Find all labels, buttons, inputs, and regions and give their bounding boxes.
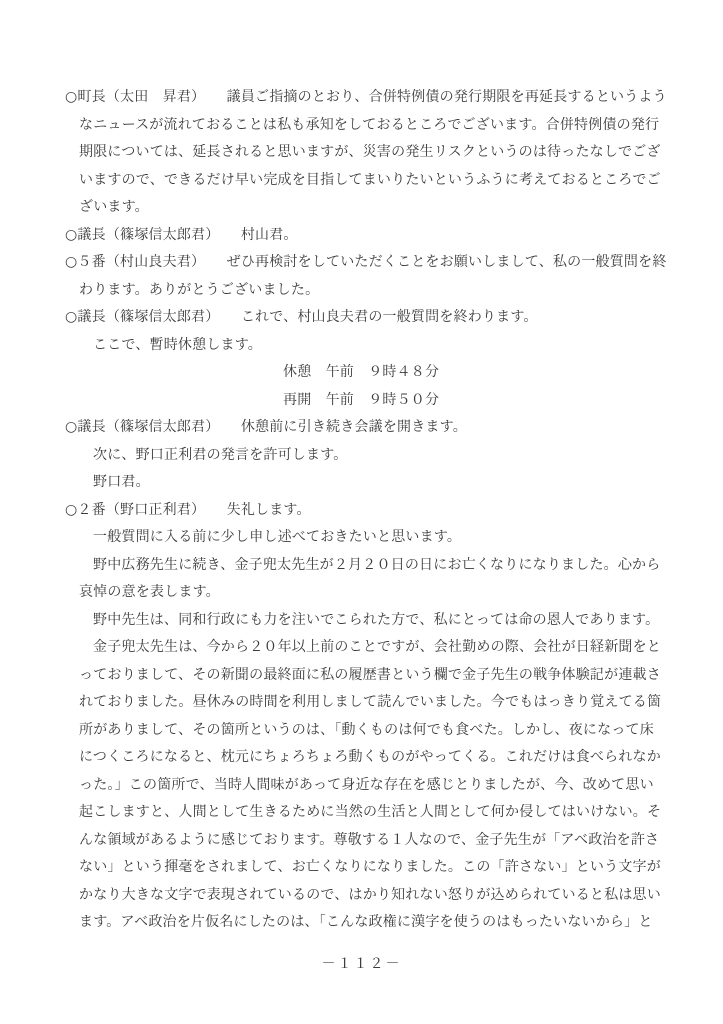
text-line: かなり大きな文字で表現されているので、はかり知れない怒りが込められていると私は思…	[79, 882, 665, 910]
text-line: 一般質問に入る前に少し申し述べておきたいと思います。	[93, 524, 665, 552]
text-line: いますので、できるだけ早い完成を目指してまいりたいというふうに考えておるところで…	[79, 167, 665, 195]
text-line: ○議長（篠塚信太郎君） 村山君。	[65, 222, 665, 250]
text-line: ざいます。	[79, 194, 665, 222]
text-line: 期限については、延長されると思いますが、災害の発生リスクというのは待ったなしでご…	[79, 139, 665, 167]
minutes-text-block: ○町長（太田 昇君） 議員ご指摘のとおり、合併特例債の発行期限を再延長するという…	[65, 84, 665, 937]
text-line: ない」という揮毫をされまして、お亡くなりになりました。この「許さない」という文字…	[79, 854, 665, 882]
text-line: につくころになると、枕元にちょろちょろ動くものがやってくる。これだけは食べられな…	[79, 744, 665, 772]
text-line: ○町長（太田 昇君） 議員ご指摘のとおり、合併特例債の発行期限を再延長するという…	[65, 84, 665, 112]
text-line: った。」この箇所で、当時人間味があって身近な存在を感じとりましたが、今、改めて思…	[79, 772, 665, 800]
text-line: 野中先生は、同和行政にも力を注いでこられた方で、私にとっては命の恩人であります。	[93, 607, 665, 635]
text-line: んな領域があるように感じております。尊敬する１人なので、金子先生が「アベ政治を許…	[79, 827, 665, 855]
text-line: 金子兜太先生は、今から２０年以上前のことですが、会社勤めの際、会社が日経新聞をと	[93, 634, 665, 662]
text-line: 所がありまして、その箇所というのは、「動くものは何でも食べた。しかし、夜になって…	[79, 717, 665, 745]
resume-time-line: 再開 午前 ９時５０分	[283, 387, 665, 415]
text-line: 野中広務先生に続き、金子兜太先生が２月２０日の日にお亡くなりになりました。心から	[93, 552, 665, 580]
recess-time-line: 休憩 午前 ９時４８分	[283, 359, 665, 387]
text-line: 野口君。	[93, 469, 665, 497]
text-line: なニュースが流れておることは私も承知をしておるところでございます。合併特例債の発…	[79, 112, 665, 140]
text-line: れておりました。昼休みの時間を利用しまして読んでいました。今でもはっきり覚えてる…	[79, 689, 665, 717]
text-line: っておりまして、その新聞の最終面に私の履歴書という欄で金子先生の戦争体験記が連載…	[79, 662, 665, 690]
page-number: －１１２－	[0, 953, 723, 975]
text-line: わります。ありがとうございました。	[79, 277, 665, 305]
text-line: ○５番（村山良夫君） ぜひ再検討をしていただくことをお願いしまして、私の一般質問…	[65, 249, 665, 277]
text-line: ここで、暫時休憩します。	[93, 332, 665, 360]
text-line: ○議長（篠塚信太郎君） これで、村山良夫君の一般質問を終わります。	[65, 304, 665, 332]
document-page: ○町長（太田 昇君） 議員ご指摘のとおり、合併特例債の発行期限を再延長するという…	[0, 0, 723, 1024]
text-line: ○議長（篠塚信太郎君） 休憩前に引き続き会議を開きます。	[65, 414, 665, 442]
text-line: 哀悼の意を表します。	[79, 579, 665, 607]
text-line: ○２番（野口正利君） 失礼します。	[65, 497, 665, 525]
text-line: 起こしますと、人間として生きるために当然の生活と人間として何か侵してはいけない。…	[79, 799, 665, 827]
text-line: ます。アベ政治を片仮名にしたのは、「こんな政権に漢字を使うのはもったいないから」…	[79, 909, 665, 937]
text-line: 次に、野口正利君の発言を許可します。	[93, 442, 665, 470]
